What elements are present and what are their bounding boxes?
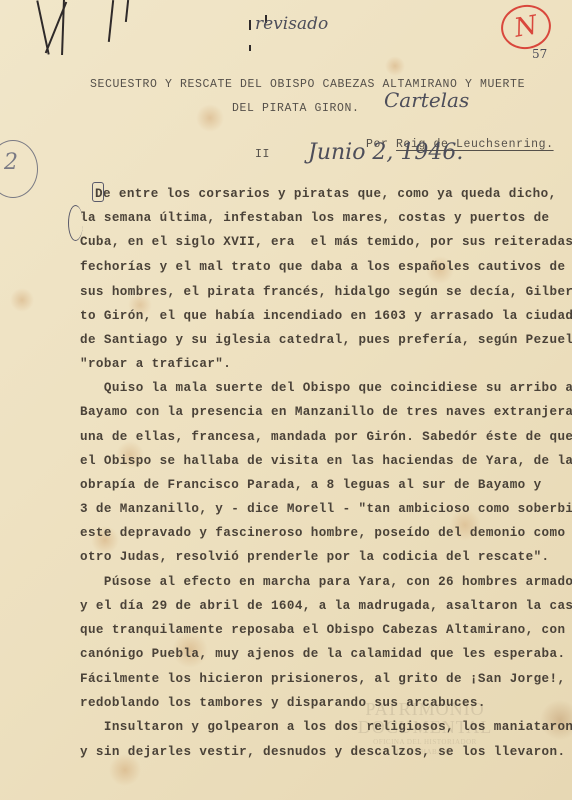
page-number: 57 [532,47,547,61]
handwritten-cartelas: Cartelas [384,88,469,112]
paragraph-2-line-4: el Obispo se hallaba de visita en las ha… [80,454,572,468]
red-stamp-mark: N [498,1,555,53]
archive-watermark: PATRIMONIO DOCUMENTAL OFICINA DEL HISTOR… [330,700,520,756]
pencil-parenthesis-mark [68,205,83,241]
ink-stroke-mark [249,45,251,51]
ink-stroke-mark [125,0,129,22]
paragraph-2-line-8: otro Judas, resolvió prenderle por la co… [80,550,550,564]
paragraph-1-line-1: De entre los corsarios y piratas que, co… [95,187,557,201]
section-number: II [255,148,270,161]
paragraph-3-line-2: y el día 29 de abril de 1604, a la madru… [80,599,572,613]
paragraph-3-line-3: que tranquilamente reposaba el Obispo Ca… [80,623,572,637]
handwritten-revisado: revisado [255,14,328,34]
paragraph-2-line-1: Quiso la mala suerte del Obispo que coin… [80,381,572,395]
paragraph-3-line-5: Fácilmente los hicieron prisioneros, al … [80,672,565,686]
paragraph-1-line-3: Cuba, en el siglo XVII, era el más temid… [80,235,572,249]
paragraph-1-line-5: sus hombres, el pirata francés, hidalgo … [80,285,572,299]
paragraph-1-line-2: la semana última, infestaban los mares, … [80,211,550,225]
handwritten-date: Junio 2, 1946. [308,140,463,165]
paragraph-3-line-4: canónigo Puebla, muy ajenos de la calami… [80,647,565,661]
paragraph-2-line-3: una de ellas, francesa, mandada por Giró… [80,430,572,444]
watermark-line3: OFICINA DEL HISTORIADOR [330,739,520,746]
paragraph-1-line-6: to Girón, el que había incendiado en 160… [80,309,572,323]
pencil-bracket-mark [92,182,104,202]
watermark-line2: DOCUMENTAL [330,718,520,736]
watermark-line4: DE LA HABANA [330,749,520,756]
ink-stroke-mark [108,0,114,42]
ink-stroke-mark [249,20,251,30]
paragraph-2-line-7: este depravado y fascineroso hombre, pos… [80,526,565,540]
watermark-line1: PATRIMONIO [330,700,520,718]
paragraph-1-line-4: fechorías y el mal trato que daba a los … [80,260,565,274]
paragraph-2-line-6: 3 de Manzanillo, y - dice Morell - "tan … [80,502,572,516]
paragraph-2-line-5: obrapía de Francisco Parada, a 8 leguas … [80,478,542,492]
paragraph-1-line-7: de Santiago y su iglesia catedral, pues … [80,333,572,347]
paragraph-3-line-1: Púsose al efecto en marcha para Yara, co… [80,575,572,589]
margin-number: 2 [4,150,18,175]
document-page: revisado N 57 SECUESTRO Y RESCATE DEL OB… [0,0,572,800]
paragraph-1-line-8: "robar a traficar". [80,357,231,371]
paragraph-2-line-2: Bayamo con la presencia en Manzanillo de… [80,405,572,419]
stamp-letter: N [512,10,540,43]
document-title-line2: DEL PIRATA GIRON. [232,102,360,115]
